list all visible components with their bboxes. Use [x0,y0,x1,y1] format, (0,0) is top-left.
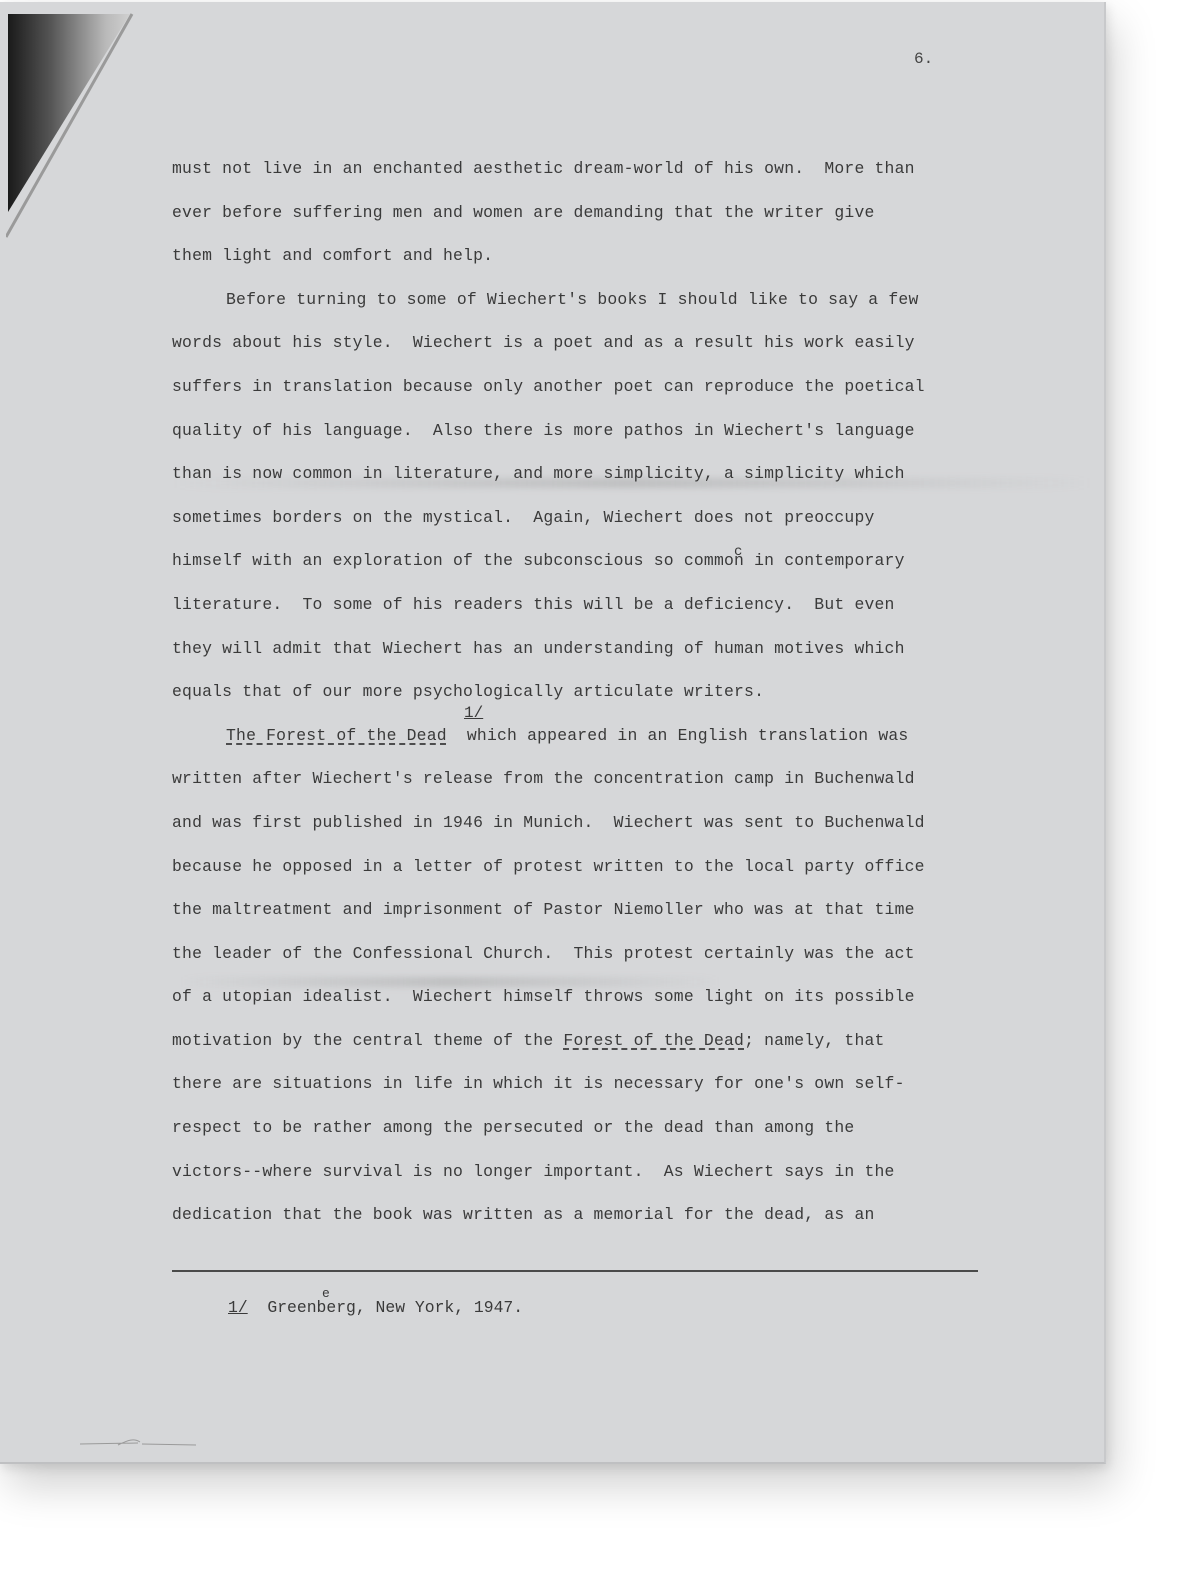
handwritten-correction: e [322,1286,330,1301]
book-title: Forest of the Dead [563,1031,744,1050]
book-title: The Forest of the Dead [226,726,447,745]
handwritten-correction: c [734,544,742,560]
text-span: motivation by the central theme of the [172,1031,563,1050]
footnote-reference: 1/ [464,704,483,722]
text-line: victors--where survival is no longer imp… [172,1157,992,1201]
text-line: sometimes borders on the mystical. Again… [172,503,992,547]
footnote: 1/ Greenberg, New York, 1947. [228,1298,523,1317]
text-line: dedication that the book was written as … [172,1200,992,1244]
page-number: 6. [914,50,933,68]
paragraph-start: Before turning to some of Wiechert's boo… [172,285,992,329]
text-line: quality of his language. Also there is m… [172,416,992,460]
text-line: must not live in an enchanted aesthetic … [172,154,992,198]
text-span: ; namely, that [744,1031,885,1050]
scribble-mark [78,1436,198,1448]
text-line: the maltreatment and imprisonment of Pas… [172,895,992,939]
text-line: respect to be rather among the persecute… [172,1113,992,1157]
folded-corner-shadow [6,12,136,242]
text-line: there are situations in life in which it… [172,1069,992,1113]
footnote-divider [172,1270,978,1272]
text-line: because he opposed in a letter of protes… [172,852,992,896]
scanned-page: 6. must not live in an enchanted aesthet… [0,2,1106,1464]
text-line: motivation by the central theme of the F… [172,1026,992,1070]
text-line: himself with an exploration of the subco… [172,546,992,590]
text-line: and was first published in 1946 in Munic… [172,808,992,852]
footnote-marker: 1/ [228,1298,248,1317]
text-line: of a utopian idealist. Wiechert himself … [172,982,992,1026]
text-line: ever before suffering men and women are … [172,198,992,242]
text-line: them light and comfort and help. [172,241,992,285]
footnote-text: Greenberg, New York, 1947. [248,1298,523,1317]
text-span: which appeared in an English translation… [447,726,909,745]
text-line: literature. To some of his readers this … [172,590,992,634]
text-line: the leader of the Confessional Church. T… [172,939,992,983]
text-line: than is now common in literature, and mo… [172,459,992,503]
paragraph-start: The Forest of the Dead which appeared in… [172,721,992,765]
body-text: must not live in an enchanted aesthetic … [172,154,992,1244]
text-line: words about his style. Wiechert is a poe… [172,328,992,372]
text-line: equals that of our more psychologically … [172,677,992,721]
text-line: suffers in translation because only anot… [172,372,992,416]
text-line: written after Wiechert's release from th… [172,764,992,808]
text-line: they will admit that Wiechert has an und… [172,634,992,678]
